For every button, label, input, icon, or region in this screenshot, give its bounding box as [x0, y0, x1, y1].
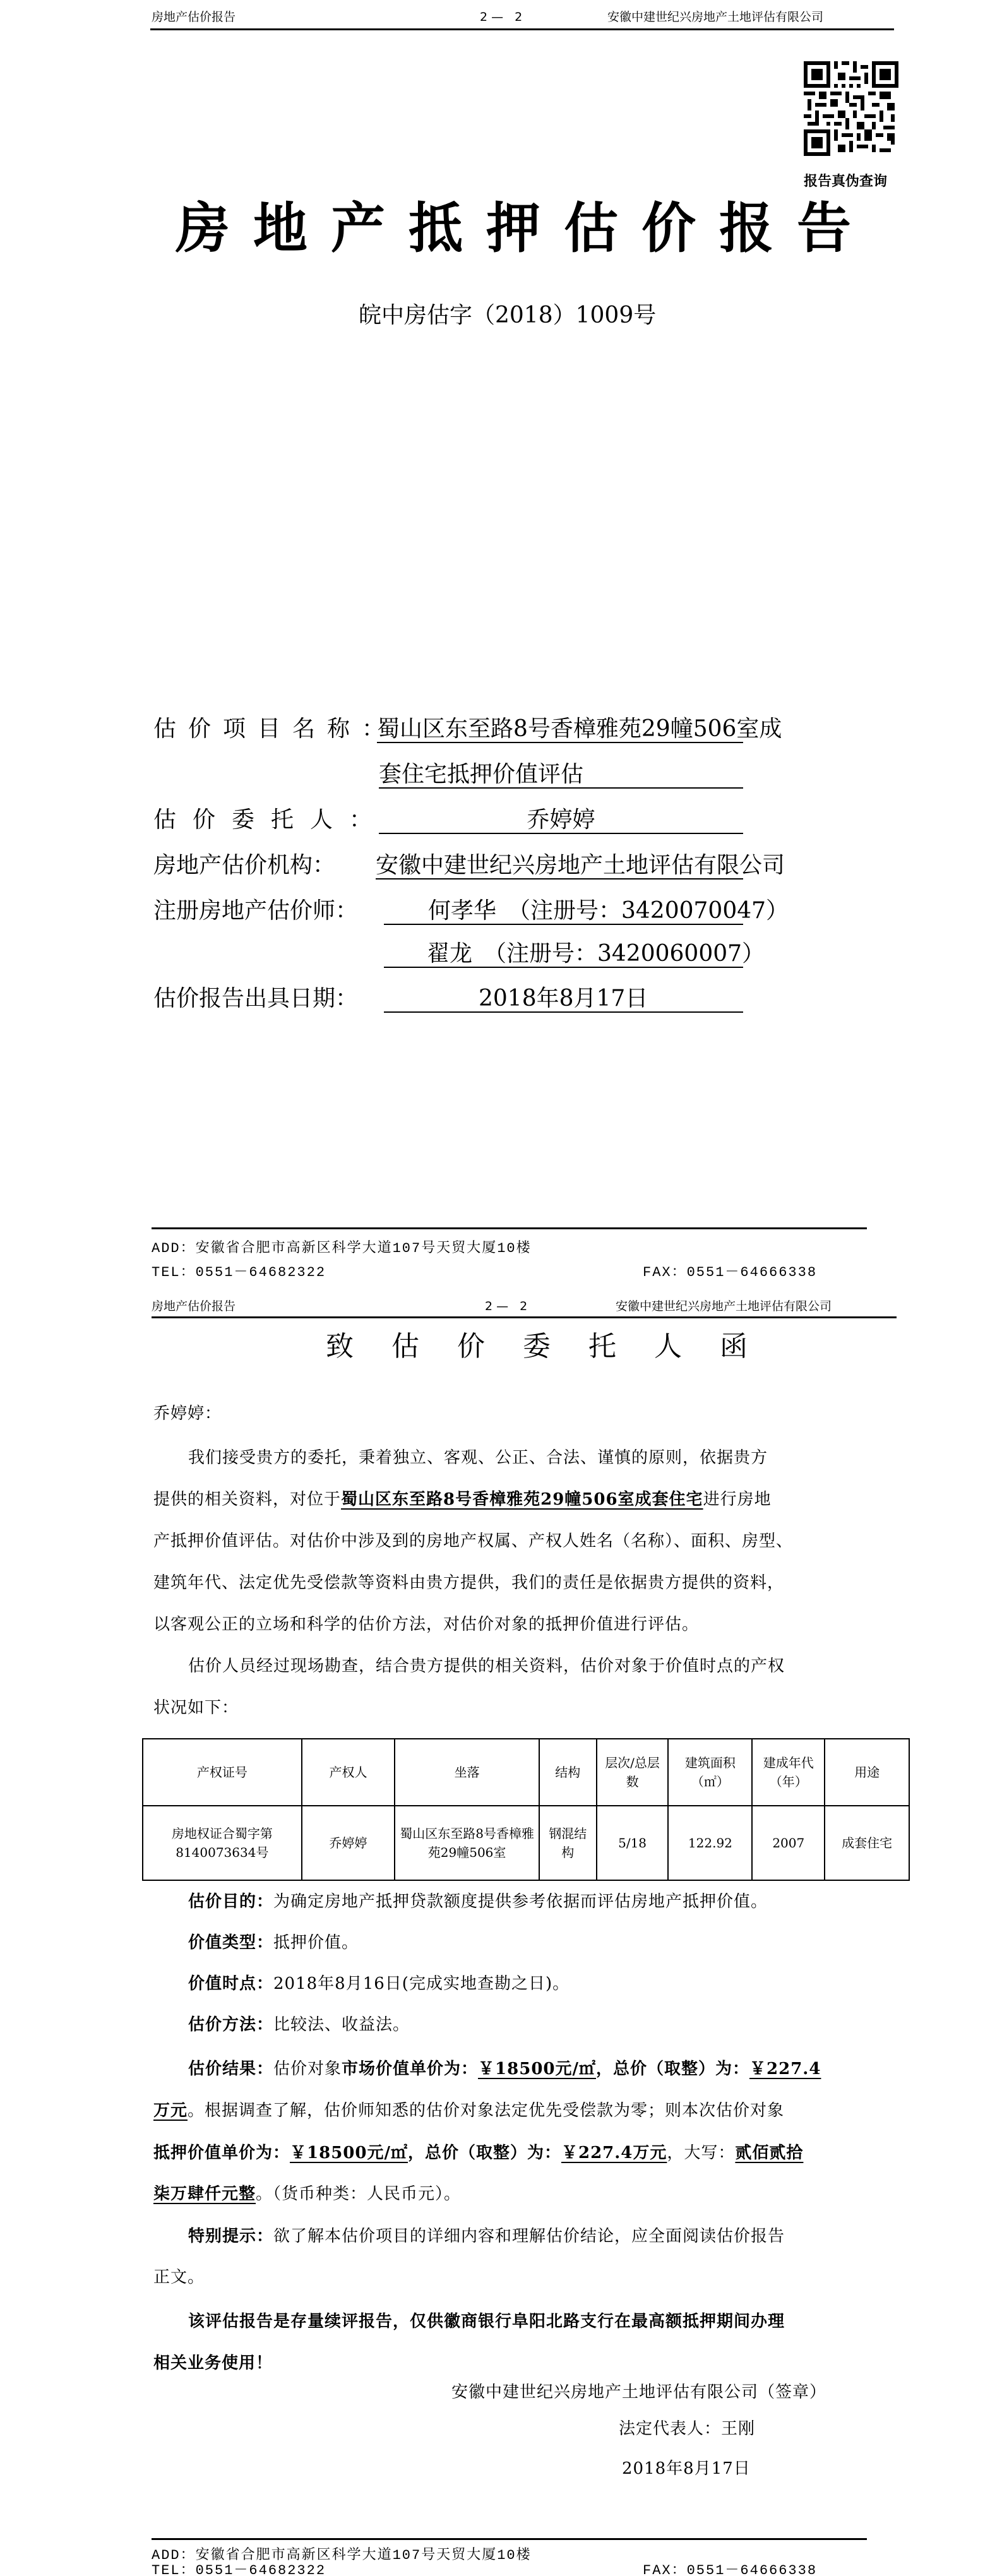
- para1-line3: 产抵押价值评估。对估价中涉及到的房地产权属、产权人姓名（名称）、面积、房型、: [153, 1532, 793, 1551]
- item-value-type: 价值类型：抵押价值。: [188, 1933, 359, 1952]
- result-label: 估价结果：: [188, 2060, 273, 2078]
- mortgage-unit-price: ￥18500元/㎡: [290, 2144, 408, 2162]
- signature-date: 2018年8月17日: [622, 2459, 751, 2478]
- method-value: 比较法、收益法。: [273, 2015, 410, 2034]
- result-line3: 抵押价值单价为：￥18500元/㎡，总价（取整）为：￥227.4万元，大写：贰佰…: [153, 2144, 803, 2162]
- method-label: 估价方法：: [188, 2015, 273, 2034]
- field-value-client: 乔婷婷: [379, 808, 743, 834]
- footer-tel: TEL：0551－64682322: [152, 1265, 326, 1280]
- cell-cert-no: 房地权证合蜀字第8140073634号: [143, 1806, 302, 1880]
- cell-area: 122.92: [668, 1806, 752, 1880]
- result-line2: 万元。根据调查了解，估价师知悉的估价对象法定优先受偿款为零；则本次估价对象: [153, 2101, 784, 2120]
- value-type-label: 价值类型：: [188, 1933, 273, 1952]
- table-row: 房地权证合蜀字第8140073634号 乔婷婷 蜀山区东至路8号香樟雅苑29幢5…: [143, 1806, 909, 1880]
- field-value-agency: 安徽中建世纪兴房地产土地评估有限公司: [376, 853, 743, 880]
- item-purpose: 估价目的：为确定房地产抵押贷款额度提供参考依据而评估房地产抵押价值。: [188, 1892, 768, 1911]
- page-header-page-number: 2— 2: [480, 10, 526, 24]
- currency-note: 。（货币种类：人民币元）。: [256, 2185, 461, 2203]
- table-header-structure: 结构: [539, 1739, 597, 1806]
- cell-structure: 钢混结构: [539, 1806, 597, 1880]
- field-label-appraisers: 注册房地产估价师：: [153, 898, 358, 924]
- para1-line4: 建筑年代、法定优先受偿款等资料由贵方提供，我们的责任是依据贵方提供的资料，: [153, 1573, 784, 1592]
- table-header-row: 产权证号 产权人 坐落 结构 层次/总层数 建筑面积（㎡） 建成年代（年） 用途: [143, 1739, 909, 1806]
- value-type-value: 抵押价值。: [273, 1933, 359, 1952]
- mortgage-total-label: ，总价（取整）为：: [408, 2144, 561, 2162]
- para2-line1: 估价人员经过现场勘查，结合贵方提供的相关资料，估价对象于价值时点的产权: [188, 1657, 785, 1676]
- market-total-label: ，总价（取整）为：: [596, 2060, 749, 2078]
- field-label-issue-date: 估价报告出具日期：: [153, 986, 358, 1011]
- table-header-location: 坐落: [395, 1739, 539, 1806]
- signature-company: 安徽中建世纪兴房地产土地评估有限公司（签章）: [451, 2383, 826, 2402]
- page2-footer-fax: FAX：0551－64666338: [643, 2563, 817, 2576]
- cell-year: 2007: [752, 1806, 825, 1880]
- field-label-project-name: 估价项目名称：: [153, 717, 397, 742]
- item-value-date: 价值时点：2018年8月16日(完成实地查勘之日)。: [188, 1974, 570, 1993]
- result-line4: 柒万肆仟元整。（货币种类：人民币元）。: [153, 2185, 461, 2203]
- para1-line1: 我们接受贵方的委托，秉着独立、客观、公正、合法、谨慎的原则，依据贵方: [188, 1448, 768, 1467]
- footer-fax: FAX：0551－64666338: [643, 1265, 817, 1280]
- page2-header-left: 房地产估价报告: [152, 1299, 236, 1313]
- caps-amount-part1: 贰佰贰拾: [735, 2144, 803, 2162]
- field-value-issue-date: 2018年8月17日: [384, 986, 743, 1013]
- note-label: 特别提示：: [188, 2227, 273, 2246]
- result-line1: 估价结果：估价对象市场价值单价为：￥18500元/㎡，总价（取整）为：￥227.…: [188, 2060, 821, 2078]
- qr-code-icon[interactable]: [804, 61, 898, 156]
- result-mid: 。根据调查了解，估价师知悉的估价对象法定优先受偿款为零；则本次估价对象: [188, 2101, 784, 2120]
- purpose-value: 为确定房地产抵押贷款额度提供参考依据而评估房地产抵押价值。: [273, 1892, 768, 1911]
- page2-footer-rule: [152, 2538, 867, 2540]
- field-value-appraiser-1: 何孝华 （注册号：3420070047）: [384, 898, 743, 925]
- result-pre: 估价对象: [273, 2060, 342, 2078]
- property-address-highlight: 蜀山区东至路8号香樟雅苑29幢506室成套住宅: [341, 1490, 703, 1509]
- para2-line2: 状况如下：: [153, 1698, 239, 1717]
- cell-floor: 5/18: [597, 1806, 669, 1880]
- para1-line5: 以客观公正的立场和科学的估价方法，对估价对象的抵押价值进行评估。: [153, 1615, 699, 1634]
- market-unit-price: ￥18500元/㎡: [478, 2060, 596, 2078]
- mortgage-total-price: ￥227.4万元: [561, 2144, 667, 2162]
- header-rule: [150, 28, 894, 30]
- page2-footer-tel: TEL：0551－64682322: [152, 2563, 326, 2576]
- page2-header-right: 安徽中建世纪兴房地产土地评估有限公司: [616, 1299, 832, 1313]
- page2-header-rule: [152, 1316, 897, 1318]
- mortgage-unit-label: 抵押价值单价为：: [153, 2144, 290, 2162]
- item-method: 估价方法：比较法、收益法。: [188, 2015, 410, 2034]
- page-header-right: 安徽中建世纪兴房地产土地评估有限公司: [607, 10, 823, 24]
- table-header-year: 建成年代（年）: [752, 1739, 825, 1806]
- page2-header-page-number: 2— 2: [485, 1299, 531, 1313]
- cell-usage: 成套住宅: [825, 1806, 909, 1880]
- table-header-cert-no: 产权证号: [143, 1739, 302, 1806]
- table-header-area: 建筑面积（㎡）: [668, 1739, 752, 1806]
- field-label-client: 估价委托人：: [153, 808, 388, 833]
- page2-footer-address: ADD：安徽省合肥市高新区科学大道107号天贸大厦10楼: [152, 2548, 532, 2563]
- table-header-floor: 层次/总层数: [597, 1739, 669, 1806]
- field-label-agency: 房地产估价机构：: [153, 853, 335, 878]
- cell-owner: 乔婷婷: [302, 1806, 395, 1880]
- page-header-left: 房地产估价报告: [152, 10, 236, 24]
- notice-line2: 相关业务使用！: [153, 2354, 273, 2373]
- note-line1: 特别提示：欲了解本估价项目的详细内容和理解估价结论，应全面阅读估价报告: [188, 2227, 785, 2246]
- signature-representative: 法定代表人：王刚: [619, 2419, 755, 2438]
- caps-label: ，大写：: [667, 2144, 735, 2162]
- table-header-usage: 用途: [825, 1739, 909, 1806]
- market-total-unit: 万元: [153, 2101, 188, 2120]
- cell-location: 蜀山区东至路8号香樟雅苑29幢506室: [395, 1806, 539, 1880]
- property-rights-table: 产权证号 产权人 坐落 结构 层次/总层数 建筑面积（㎡） 建成年代（年） 用途…: [142, 1738, 910, 1881]
- footer-address: ADD：安徽省合肥市高新区科学大道107号天贸大厦10楼: [152, 1241, 532, 1256]
- letter-salutation: 乔婷婷：: [153, 1404, 222, 1423]
- report-title: 房地产抵押估价报告: [176, 197, 874, 260]
- footer-rule: [152, 1227, 867, 1229]
- value-date-label: 价值时点：: [188, 1974, 273, 1993]
- field-value-project-name-line1: 蜀山区东至路8号香樟雅苑29幢506室成: [377, 717, 743, 743]
- value-date-value: 2018年8月16日(完成实地查勘之日)。: [273, 1974, 570, 1993]
- qr-verify-label: 报告真伪查询: [804, 170, 887, 190]
- market-unit-label: 市场价值单价为：: [342, 2060, 478, 2078]
- note-text: 欲了解本估价项目的详细内容和理解估价结论，应全面阅读估价报告: [273, 2227, 785, 2246]
- notice-line1: 该评估报告是存量续评报告，仅供徽商银行阜阳北路支行在最高额抵押期间办理: [188, 2312, 785, 2331]
- note-line2: 正文。: [153, 2268, 205, 2287]
- field-value-appraiser-2: 翟龙 （注册号：3420060007）: [384, 941, 743, 968]
- report-number: 皖中房估字（2018）1009号: [359, 303, 656, 328]
- table-header-owner: 产权人: [302, 1739, 395, 1806]
- para1-line2-post: 进行房地: [703, 1490, 772, 1509]
- purpose-label: 估价目的：: [188, 1892, 273, 1911]
- caps-amount-part2: 柒万肆仟元整: [153, 2185, 256, 2203]
- para1-line2: 提供的相关资料，对位于蜀山区东至路8号香樟雅苑29幢506室成套住宅进行房地: [153, 1490, 772, 1509]
- field-value-project-name-line2: 套住宅抵押价值评估: [379, 762, 743, 789]
- letter-title: 致估价委托人函: [326, 1331, 785, 1363]
- market-total-price: ￥227.4: [749, 2060, 821, 2078]
- para1-line2-pre: 提供的相关资料，对位于: [153, 1490, 341, 1509]
